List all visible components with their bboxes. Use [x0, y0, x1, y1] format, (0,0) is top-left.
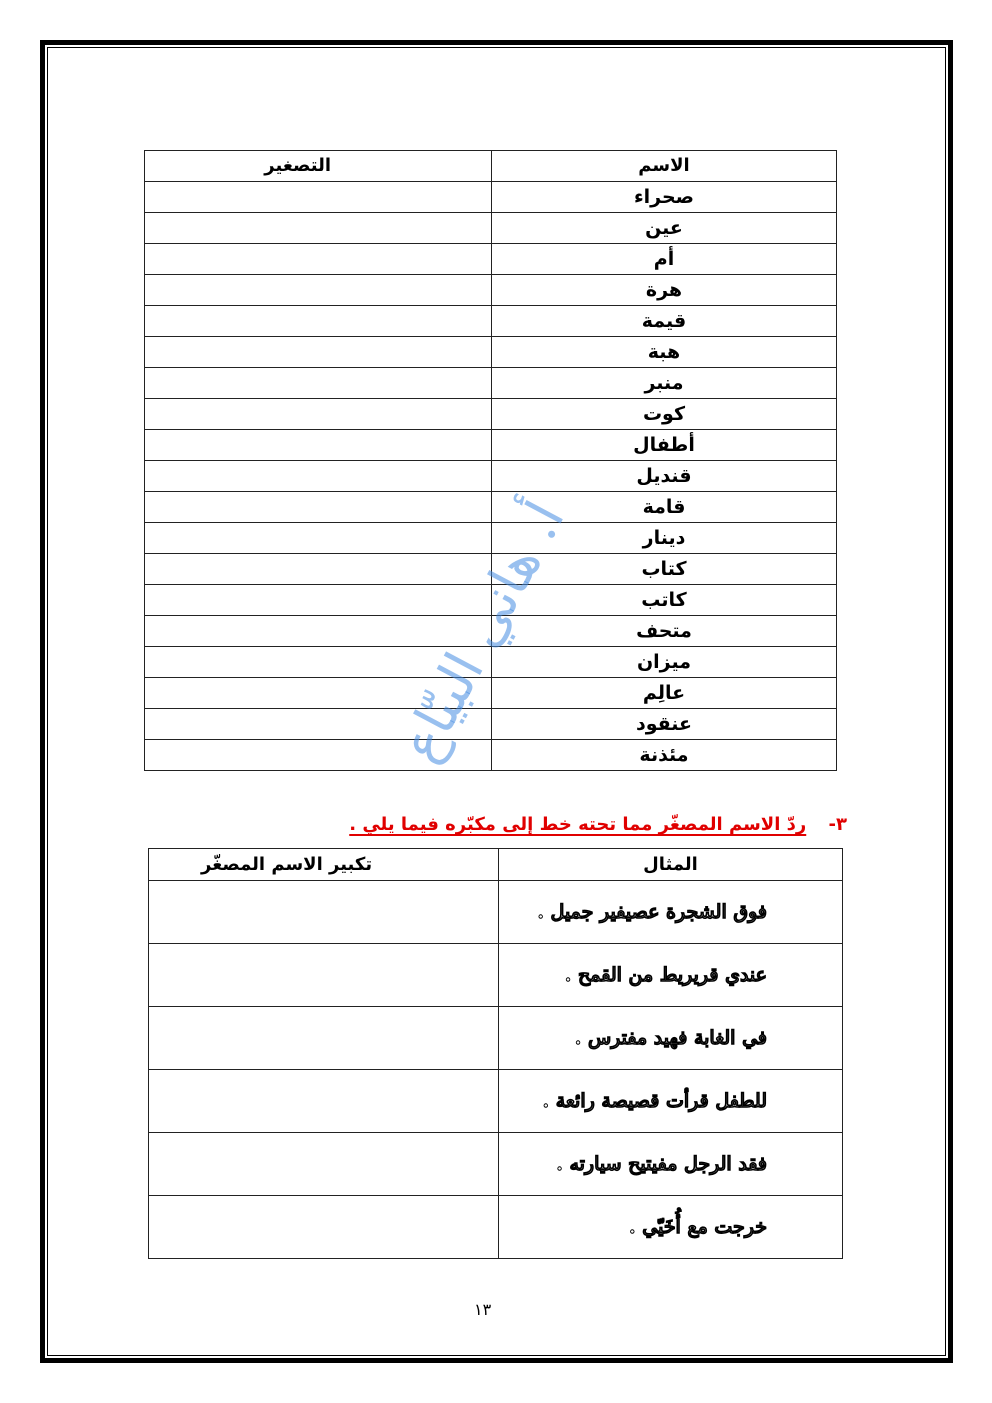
table-row: خرجت مع أُخَيّي .	[149, 1196, 843, 1259]
diminutive-answer-cell[interactable]	[145, 492, 492, 523]
name-cell: كوت	[492, 399, 837, 430]
table-row: كاتب	[145, 585, 837, 616]
example-cell: فوق الشجرة عصيفير جميل .	[499, 881, 843, 944]
table-row: كوت	[145, 399, 837, 430]
table-row: هرة	[145, 275, 837, 306]
name-cell: قنديل	[492, 461, 837, 492]
table-row: أم	[145, 244, 837, 275]
table-row: صحراء	[145, 182, 837, 213]
enlarge-answer-cell[interactable]	[149, 1007, 499, 1070]
name-cell: قيمة	[492, 306, 837, 337]
table-row: أطفال	[145, 430, 837, 461]
enlarge-answer-cell[interactable]	[149, 1070, 499, 1133]
table-row: عنقود	[145, 709, 837, 740]
enlarge-answer-cell[interactable]	[149, 1196, 499, 1259]
table-row: دينار	[145, 523, 837, 554]
name-cell: ميزان	[492, 647, 837, 678]
diminutive-answer-cell[interactable]	[145, 182, 492, 213]
diminutive-table: الاسم التصغير صحراءعينأمهرةقيمةهبةمنبركو…	[144, 150, 837, 771]
table-row: مئذنة	[145, 740, 837, 771]
name-cell: منبر	[492, 368, 837, 399]
name-cell: هرة	[492, 275, 837, 306]
name-cell: أطفال	[492, 430, 837, 461]
diminutive-answer-cell[interactable]	[145, 647, 492, 678]
diminutive-answer-cell[interactable]	[145, 709, 492, 740]
table-row: قامة	[145, 492, 837, 523]
name-cell: متحف	[492, 616, 837, 647]
name-cell: عنقود	[492, 709, 837, 740]
table-row: منبر	[145, 368, 837, 399]
table-header-row: المثال تكبير الاسم المصغّر	[149, 849, 843, 881]
table-row: في الغابة فهيد مفترس .	[149, 1007, 843, 1070]
section-3-title: ٣- ردّ الاسم المصغّر مما تحته خط إلى مكب…	[349, 814, 847, 835]
table-row: قيمة	[145, 306, 837, 337]
name-cell: كتاب	[492, 554, 837, 585]
table-row: فوق الشجرة عصيفير جميل .	[149, 881, 843, 944]
example-cell: للطفل قرأت قصيصة رائعة .	[499, 1070, 843, 1133]
diminutive-answer-cell[interactable]	[145, 306, 492, 337]
name-cell: صحراء	[492, 182, 837, 213]
diminutive-answer-cell[interactable]	[145, 399, 492, 430]
diminutive-answer-cell[interactable]	[145, 740, 492, 771]
diminutive-answer-cell[interactable]	[145, 585, 492, 616]
diminutive-answer-cell[interactable]	[145, 368, 492, 399]
enlarge-answer-cell[interactable]	[149, 944, 499, 1007]
table-row: هبة	[145, 337, 837, 368]
name-cell: عالِم	[492, 678, 837, 709]
diminutive-answer-cell[interactable]	[145, 678, 492, 709]
page-number: ١٣	[474, 1300, 491, 1319]
name-cell: مئذنة	[492, 740, 837, 771]
name-cell: أم	[492, 244, 837, 275]
example-cell: عندي قريريط من القمح .	[499, 944, 843, 1007]
name-cell: كاتب	[492, 585, 837, 616]
section-instruction: ردّ الاسم المصغّر مما تحته خط إلى مكبّره…	[349, 814, 806, 835]
name-cell: هبة	[492, 337, 837, 368]
table-row: عندي قريريط من القمح .	[149, 944, 843, 1007]
enlarge-answer-cell[interactable]	[149, 881, 499, 944]
enlarge-table: المثال تكبير الاسم المصغّر فوق الشجرة عص…	[148, 848, 843, 1259]
table-row: عالِم	[145, 678, 837, 709]
diminutive-answer-cell[interactable]	[145, 554, 492, 585]
diminutive-answer-cell[interactable]	[145, 430, 492, 461]
table-row: للطفل قرأت قصيصة رائعة .	[149, 1070, 843, 1133]
table-row: فقد الرجل مفيتيح سيارته .	[149, 1133, 843, 1196]
diminutive-answer-cell[interactable]	[145, 616, 492, 647]
diminutive-answer-cell[interactable]	[145, 337, 492, 368]
name-cell: دينار	[492, 523, 837, 554]
diminutive-answer-cell[interactable]	[145, 213, 492, 244]
name-cell: عين	[492, 213, 837, 244]
diminutive-answer-cell[interactable]	[145, 275, 492, 306]
example-cell: في الغابة فهيد مفترس .	[499, 1007, 843, 1070]
header-diminutive: التصغير	[145, 151, 492, 182]
table-row: ميزان	[145, 647, 837, 678]
name-cell: قامة	[492, 492, 837, 523]
example-cell: فقد الرجل مفيتيح سيارته .	[499, 1133, 843, 1196]
diminutive-answer-cell[interactable]	[145, 244, 492, 275]
section-number: ٣-	[829, 814, 847, 835]
header-example: المثال	[499, 849, 843, 881]
diminutive-answer-cell[interactable]	[145, 461, 492, 492]
example-cell: خرجت مع أُخَيّي .	[499, 1196, 843, 1259]
header-name: الاسم	[492, 151, 837, 182]
table-header-row: الاسم التصغير	[145, 151, 837, 182]
table-row: متحف	[145, 616, 837, 647]
header-enlarge: تكبير الاسم المصغّر	[149, 849, 499, 881]
diminutive-answer-cell[interactable]	[145, 523, 492, 554]
table-row: كتاب	[145, 554, 837, 585]
enlarge-answer-cell[interactable]	[149, 1133, 499, 1196]
table-row: عين	[145, 213, 837, 244]
table-row: قنديل	[145, 461, 837, 492]
